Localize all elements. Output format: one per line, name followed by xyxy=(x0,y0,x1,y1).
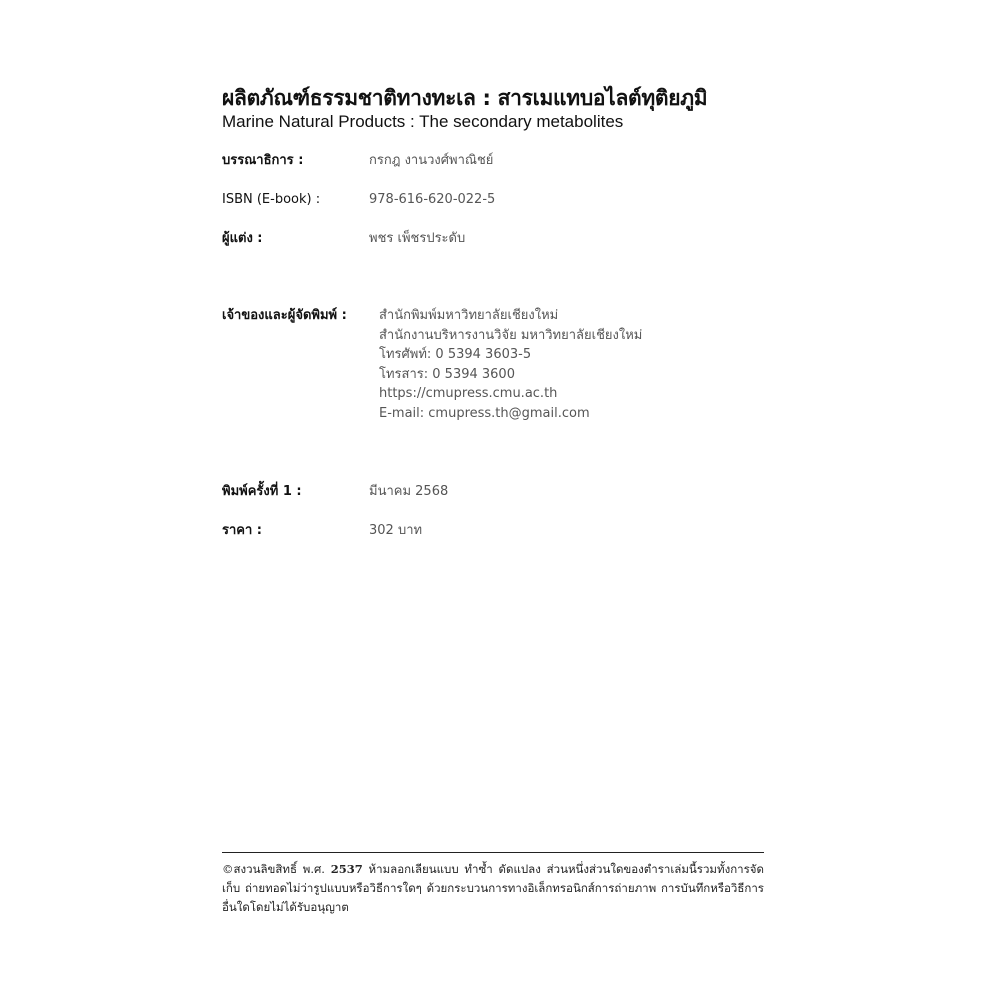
edition-label: พิมพ์ครั้งที่ 1 : xyxy=(222,482,302,502)
footer-divider xyxy=(222,852,764,853)
copyright-prefix: ©สงวนลิขสิทธิ์ พ.ศ. xyxy=(222,862,325,876)
author-value: พชร เพ็ชรประดับ xyxy=(369,229,465,249)
publisher-name: สำนักพิมพ์มหาวิทยาลัยเชียงใหม่ xyxy=(379,306,642,326)
copyright-notice: ©สงวนลิขสิทธิ์ พ.ศ. 2537 ห้ามลอกเลียนแบบ… xyxy=(222,860,764,917)
publisher-label: เจ้าของและผู้จัดพิมพ์ : xyxy=(222,306,347,326)
publisher-website: https://cmupress.cmu.ac.th xyxy=(379,384,642,404)
book-title-thai: ผลิตภัณฑ์ธรรมชาติทางทะเล : สารเมแทบอไลต์… xyxy=(222,84,707,112)
publisher-fax: โทรสาร: 0 5394 3600 xyxy=(379,365,642,385)
edition-value: มีนาคม 2568 xyxy=(369,482,448,502)
isbn-value: 978-616-620-022-5 xyxy=(369,190,495,210)
publisher-phone: โทรศัพท์: 0 5394 3603-5 xyxy=(379,345,642,365)
publisher-info: สำนักพิมพ์มหาวิทยาลัยเชียงใหม่ สำนักงานบ… xyxy=(379,306,642,424)
copyright-page: ผลิตภัณฑ์ธรรมชาติทางทะเล : สารเมแทบอไลต์… xyxy=(222,0,764,1000)
editor-label: บรรณาธิการ : xyxy=(222,151,303,171)
publisher-email: E-mail: cmupress.th@gmail.com xyxy=(379,404,642,424)
copyright-year: 2537 xyxy=(331,862,363,876)
isbn-label: ISBN (E-book) : xyxy=(222,190,320,210)
author-label: ผู้แต่ง : xyxy=(222,229,263,249)
price-label: ราคา : xyxy=(222,521,262,541)
book-title-english: Marine Natural Products : The secondary … xyxy=(222,111,623,133)
publisher-office: สำนักงานบริหารงานวิจัย มหาวิทยาลัยเชียงใ… xyxy=(379,326,642,346)
price-value: 302 บาท xyxy=(369,521,422,541)
editor-value: กรกฎ งานวงศ์พาณิชย์ xyxy=(369,151,493,171)
